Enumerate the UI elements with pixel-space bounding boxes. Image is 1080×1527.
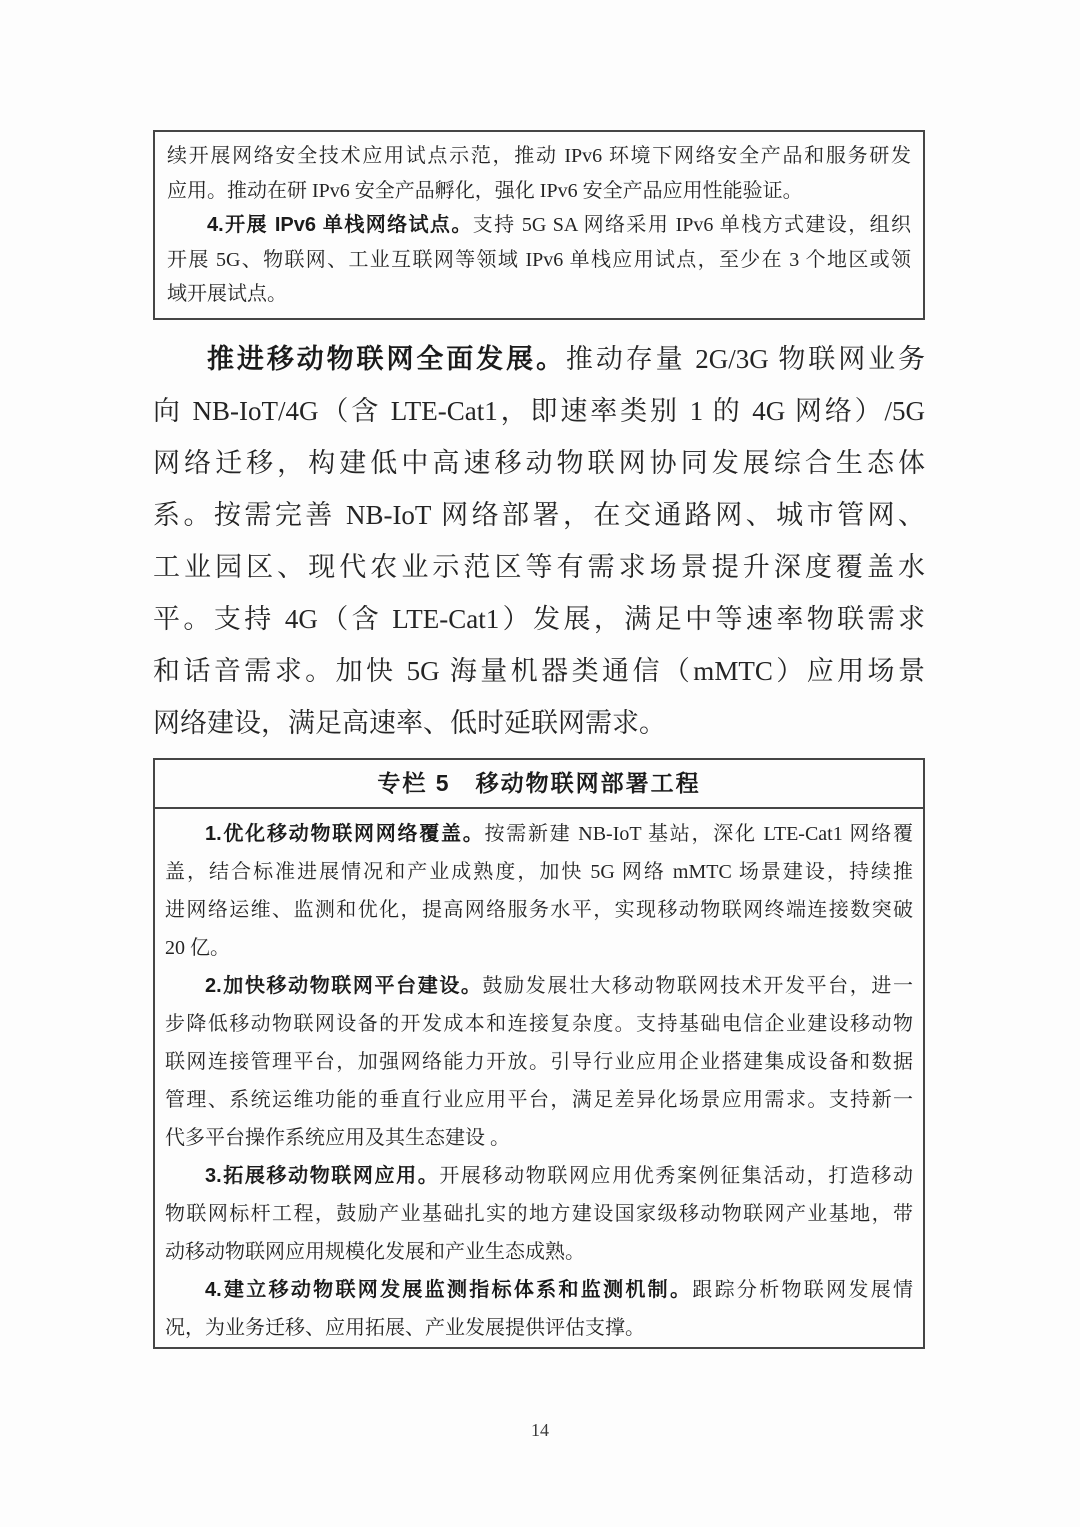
column5-content: 1.优化移动物联网网络覆盖。按需新建 NB-IoT 基站，深化 LTE-Cat1…	[155, 809, 923, 1347]
text-line: 4.建立移动物联网发展监测指标体系和监测机制。跟踪分析物联网发展情	[165, 1271, 913, 1309]
text-line: 1.优化移动物联网网络覆盖。按需新建 NB-IoT 基站，深化 LTE-Cat1…	[165, 815, 913, 853]
document-page: 续开展网络安全技术应用试点示范，推动 IPv6 环境下网络安全产品和服务研发 应…	[0, 0, 1080, 1527]
paragraph-line: 网络迁移，构建低中高速移动物联网协同发展综合生态体	[153, 437, 925, 489]
text-line: 步降低移动物联网设备的开发成本和连接复杂度。支持基础电信企业建设移动物	[165, 1005, 913, 1043]
text-line: 3.拓展移动物联网应用。开展移动物联网应用优秀案例征集活动，打造移动	[165, 1157, 913, 1195]
paragraph-line: 系。按需完善 NB-IoT 网络部署，在交通路网、城市管网、	[153, 489, 925, 541]
text-line: 20 亿。	[165, 929, 913, 967]
column5-title: 专栏 5 移动物联网部署工程	[155, 760, 923, 809]
text-line: 进网络运维、监测和优化，提高网络服务水平，实现移动物联网终端连接数突破	[165, 891, 913, 929]
bold-lead: 4.建立移动物联网发展监测指标体系和监测机制。	[205, 1279, 692, 1301]
text-line: 联网连接管理平台，加强网络能力开放。引导行业应用企业搭建集成设备和数据	[165, 1043, 913, 1081]
text-line: 况，为业务迁移、应用拓展、产业发展提供评估支撑。	[165, 1309, 913, 1347]
text-line: 开展 5G、物联网、工业互联网等领域 IPv6 单栈应用试点，至少在 3 个地区…	[167, 243, 911, 278]
text-line: 代多平台操作系统应用及其生态建设 。	[165, 1119, 913, 1157]
column5-box: 专栏 5 移动物联网部署工程 1.优化移动物联网网络覆盖。按需新建 NB-IoT…	[153, 758, 925, 1349]
bold-lead: 1.优化移动物联网网络覆盖。	[205, 823, 484, 845]
paragraph-line: 和话音需求。加快 5G 海量机器类通信（mMTC）应用场景	[153, 645, 925, 697]
paragraph-line: 网络建设，满足高速率、低时延联网需求。	[153, 697, 925, 749]
paragraph-line: 向 NB-IoT/4G（含 LTE-Cat1，即速率类别 1 的 4G 网络）/…	[153, 385, 925, 437]
text-line: 4.开展 IPv6 单栈网络试点。支持 5G SA 网络采用 IPv6 单栈方式…	[167, 208, 911, 243]
text-line: 盖，结合标准进展情况和产业成熟度，加快 5G 网络 mMTC 场景建设，持续推	[165, 853, 913, 891]
bold-lead: 4.开展 IPv6 单栈网络试点。	[207, 214, 473, 236]
text-line: 应用。推动在研 IPv6 安全产品孵化，强化 IPv6 安全产品应用性能验证。	[167, 174, 911, 209]
text-line: 物联网标杆工程，鼓励产业基础扎实的地方建设国家级移动物联网产业基地，带	[165, 1195, 913, 1233]
page-number: 14	[0, 1420, 1080, 1441]
text-line: 域开展试点。	[167, 277, 911, 312]
bold-lead: 3.拓展移动物联网应用。	[205, 1165, 439, 1187]
main-paragraph: 推进移动物联网全面发展。推动存量 2G/3G 物联网业务 向 NB-IoT/4G…	[153, 333, 925, 749]
bold-lead: 2.加快移动物联网平台建设。	[205, 975, 483, 997]
paragraph-line: 推进移动物联网全面发展。推动存量 2G/3G 物联网业务	[153, 333, 925, 385]
text-line: 动移动物联网应用规模化发展和产业生态成熟。	[165, 1233, 913, 1271]
text-line: 管理、系统运维功能的垂直行业应用平台，满足差异化场景应用需求。支持新一	[165, 1081, 913, 1119]
ipv6-pilot-box: 续开展网络安全技术应用试点示范，推动 IPv6 环境下网络安全产品和服务研发 应…	[153, 130, 925, 320]
bold-lead: 推进移动物联网全面发展。	[207, 344, 566, 374]
text-line: 续开展网络安全技术应用试点示范，推动 IPv6 环境下网络安全产品和服务研发	[167, 139, 911, 174]
paragraph-line: 工业园区、现代农业示范区等有需求场景提升深度覆盖水	[153, 541, 925, 593]
text-line: 2.加快移动物联网平台建设。鼓励发展壮大移动物联网技术开发平台，进一	[165, 967, 913, 1005]
paragraph-line: 平。支持 4G（含 LTE-Cat1）发展，满足中等速率物联需求	[153, 593, 925, 645]
